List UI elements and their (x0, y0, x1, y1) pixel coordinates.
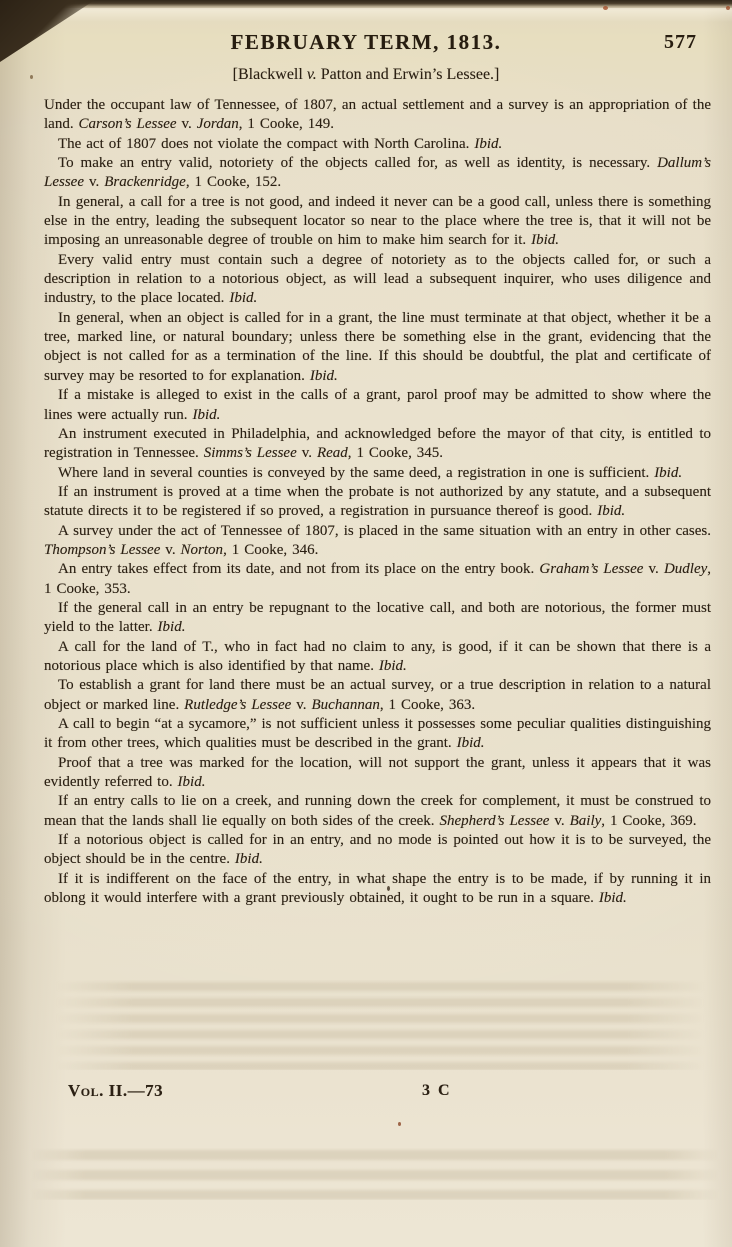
headnote-paragraph: Every valid entry must contain such a de… (44, 251, 711, 309)
headnote-paragraph: The act of 1807 does not violate the com… (44, 135, 711, 154)
headnote-paragraph: To make an entry valid, notoriety of the… (44, 154, 711, 193)
page-top-highlight (0, 8, 732, 22)
italic-text-run: v. (307, 66, 317, 83)
text-run: If a mistake is alleged to exist in the … (44, 387, 711, 422)
italic-text-run: Simms’s Lessee (204, 445, 297, 461)
reverse-page-bleed-through (55, 980, 705, 1070)
headnote-paragraph: If a mistake is alleged to exist in the … (44, 386, 711, 425)
text-run: , 1 Cooke, 363. (380, 697, 475, 713)
italic-text-run: Read (317, 445, 348, 461)
headnote-paragraph: Under the occupant law of Tennessee, of … (44, 96, 711, 135)
headnote-paragraph: Where land in several counties is convey… (44, 464, 711, 483)
italic-text-run: Baily (570, 813, 602, 829)
text-run: An entry takes effect from its date, and… (58, 561, 539, 577)
reverse-page-bleed-through (30, 1148, 720, 1200)
italic-text-run: Jordan (197, 116, 239, 132)
italic-text-run: Ibid. (229, 290, 257, 306)
italic-text-run: Thompson’s Lessee (44, 542, 160, 558)
italic-text-run: Ibid. (193, 407, 221, 423)
italic-text-run: Ibid. (310, 368, 338, 384)
headnote-paragraph: To establish a grant for land there must… (44, 676, 711, 715)
text-run: v. (643, 561, 664, 577)
headnote-paragraph: An instrument executed in Philadelphia, … (44, 425, 711, 464)
headnotes-text: Under the occupant law of Tennessee, of … (44, 96, 711, 908)
text-run: In general, a call for a tree is not goo… (44, 194, 711, 249)
text-run: A survey under the act of Tennessee of 1… (58, 523, 711, 539)
text-run: , 1 Cooke, 346. (223, 542, 318, 558)
headnote-paragraph: In general, when an object is called for… (44, 309, 711, 386)
text-run: v. (297, 445, 317, 461)
italic-text-run: Brackenridge (104, 174, 186, 190)
text-run: Patton and Erwin’s Lessee.] (317, 66, 500, 83)
headnote-paragraph: A call for the land of T., who in fact h… (44, 638, 711, 677)
text-run: v. (177, 116, 197, 132)
text-run: Every valid entry must contain such a de… (44, 252, 711, 307)
headnote-paragraph: A survey under the act of Tennessee of 1… (44, 522, 711, 561)
italic-text-run: Ibid. (654, 465, 682, 481)
text-run: To make an entry valid, notoriety of the… (58, 155, 657, 171)
headnote-paragraph: If the general call in an entry be repug… (44, 599, 711, 638)
italic-text-run: Rutledge’s Lessee (184, 697, 291, 713)
headnote-paragraph: If an entry calls to lie on a creek, and… (44, 792, 711, 831)
case-caption: [Blackwell v. Patton and Erwin’s Lessee.… (0, 66, 732, 84)
italic-text-run: Buchannan (312, 697, 380, 713)
text-run: , 1 Cooke, 149. (239, 116, 334, 132)
headnote-paragraph: If a notorious object is called for in a… (44, 831, 711, 870)
text-run: , 1 Cooke, 369. (601, 813, 696, 829)
headnote-paragraph: If it is indifferent on the face of the … (44, 870, 711, 909)
page-number: 577 (664, 31, 697, 54)
headnote-paragraph: An entry takes effect from its date, and… (44, 560, 711, 599)
term-title: FEBRUARY TERM, 1813. (0, 30, 732, 55)
text-run: A call for the land of T., who in fact h… (44, 639, 711, 674)
text-run: The act of 1807 does not violate the com… (58, 136, 474, 152)
text-run: v. (84, 174, 104, 190)
italic-text-run: Ibid. (474, 136, 502, 152)
italic-text-run: Ibid. (178, 774, 206, 790)
italic-text-run: Dudley (664, 561, 707, 577)
page-footer: Vol. II.—73 3 C (0, 1081, 732, 1105)
italic-text-run: Ibid. (379, 658, 407, 674)
text-run: Where land in several counties is convey… (58, 465, 654, 481)
headnote-paragraph: A call to begin “at a sycamore,” is not … (44, 715, 711, 754)
italic-text-run: Ibid. (158, 619, 186, 635)
paper-speck (398, 1122, 401, 1126)
italic-text-run: Ibid. (531, 232, 559, 248)
italic-text-run: Carson’s Lessee (79, 116, 177, 132)
running-head: FEBRUARY TERM, 1813. 577 (0, 30, 732, 58)
text-run: If the general call in an entry be repug… (44, 600, 711, 635)
italic-text-run: Shepherd’s Lessee (440, 813, 550, 829)
book-page: FEBRUARY TERM, 1813. 577 [Blackwell v. P… (0, 0, 732, 1247)
italic-text-run: Ibid. (599, 890, 627, 906)
italic-text-run: Norton (181, 542, 224, 558)
text-run: Proof that a tree was marked for the loc… (44, 755, 711, 790)
text-run: In general, when an object is called for… (44, 310, 711, 384)
text-run: , 1 Cooke, 152. (186, 174, 281, 190)
signature-mark: 3 C (422, 1082, 452, 1100)
text-run: [Blackwell (233, 66, 307, 83)
headnote-paragraph: Proof that a tree was marked for the loc… (44, 754, 711, 793)
headnote-paragraph: In general, a call for a tree is not goo… (44, 193, 711, 251)
italic-text-run: Ibid. (457, 735, 485, 751)
volume-mark: Vol. II.—73 (68, 1081, 163, 1101)
text-run: , 1 Cooke, 345. (348, 445, 443, 461)
text-run: v. (291, 697, 311, 713)
text-run: v. (549, 813, 569, 829)
italic-text-run: Graham’s Lessee (539, 561, 643, 577)
italic-text-run: Ibid. (235, 851, 263, 867)
text-run: A call to begin “at a sycamore,” is not … (44, 716, 711, 751)
headnote-paragraph: If an instrument is proved at a time whe… (44, 483, 711, 522)
text-run: If a notorious object is called for in a… (44, 832, 711, 867)
italic-text-run: Ibid. (597, 503, 625, 519)
text-run: v. (160, 542, 180, 558)
